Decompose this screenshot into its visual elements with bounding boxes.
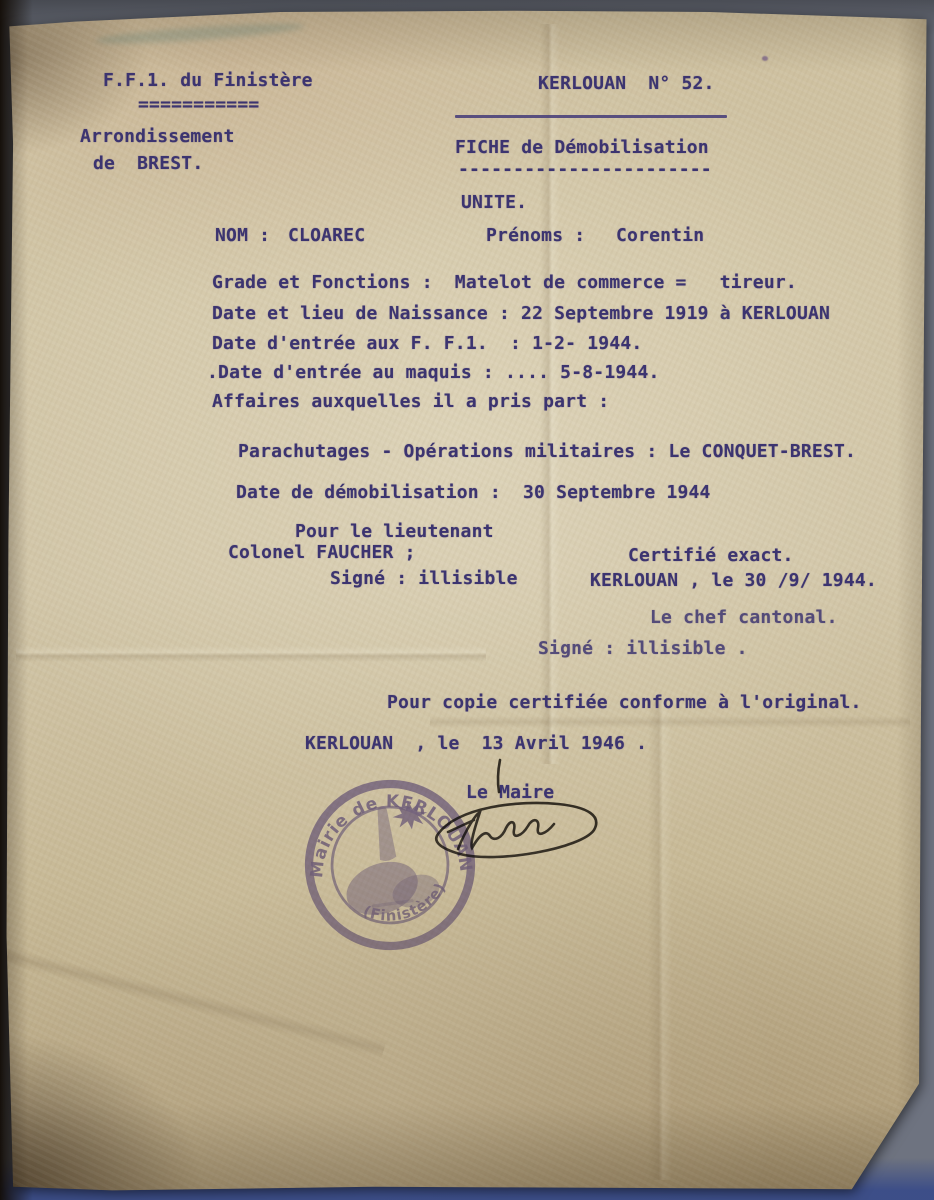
firstname-label: Prénoms : — [486, 225, 585, 247]
sig-right-line2: KERLOUAN , le 30 /9/ 1944. — [590, 570, 877, 592]
paper-wrap: F.F.1. du Finistère =========== Arrondis… — [0, 0, 934, 1200]
operations-line: Parachutages - Opérations militaires : L… — [238, 441, 856, 463]
signature-flourish-stroke — [498, 760, 500, 792]
birth-line: Date et lieu de Naissance : 22 Septembre… — [212, 303, 830, 325]
demobilization-line: Date de démobilisation : 30 Septembre 19… — [236, 482, 711, 504]
title-divider: ----------------------- — [458, 159, 712, 181]
unit-label: UNITE. — [461, 192, 527, 214]
sig-left-line1: Pour le lieutenant — [295, 521, 494, 543]
signature-oval-loop — [436, 803, 596, 857]
mayor-signature — [428, 752, 616, 878]
reference-number: KERLOUAN N° 52. — [538, 73, 715, 95]
name-value: CLOAREC — [288, 225, 365, 247]
photo-backdrop: F.F.1. du Finistère =========== Arrondis… — [0, 0, 934, 1200]
sig-left-line3: Signé : illisible — [330, 568, 518, 590]
name-label: NOM : — [215, 225, 270, 247]
crease-line — [430, 716, 910, 728]
copy-statement: Pour copie certifiée conforme à l'origin… — [387, 692, 862, 714]
sig-right-line1: Certifié exact. — [628, 545, 794, 567]
maquis-entry-line: .Date d'entrée au maquis : .... 5-8-1944… — [207, 362, 660, 384]
document-title: FICHE de Démobilisation — [455, 137, 709, 159]
affairs-label: Affaires auxquelles il a pris part : — [212, 391, 609, 413]
sig-right-line3: Le chef cantonal. — [650, 607, 838, 629]
org-divider: =========== — [138, 94, 259, 116]
crease-line — [648, 700, 672, 1180]
ffi-entry-line: Date d'entrée aux F. F.1. : 1-2- 1944. — [212, 333, 642, 355]
org-name: F.F.1. du Finistère — [103, 70, 313, 92]
title-rule — [455, 115, 727, 118]
ink-fleck — [762, 56, 768, 61]
crease-line — [16, 646, 486, 662]
sig-right-line4: Signé : illisible . — [538, 638, 748, 660]
grade-line: Grade et Fonctions : Matelot de commerce… — [212, 272, 797, 294]
signature-scribble — [458, 812, 554, 849]
firstname-value: Corentin — [616, 225, 704, 247]
sig-left-line2: Colonel FAUCHER ; — [228, 542, 416, 564]
ink-smudge — [95, 20, 305, 48]
district-line2: de BREST. — [93, 153, 203, 175]
document-page: F.F.1. du Finistère =========== Arrondis… — [0, 0, 934, 1200]
district-line1: Arrondissement — [80, 126, 235, 148]
